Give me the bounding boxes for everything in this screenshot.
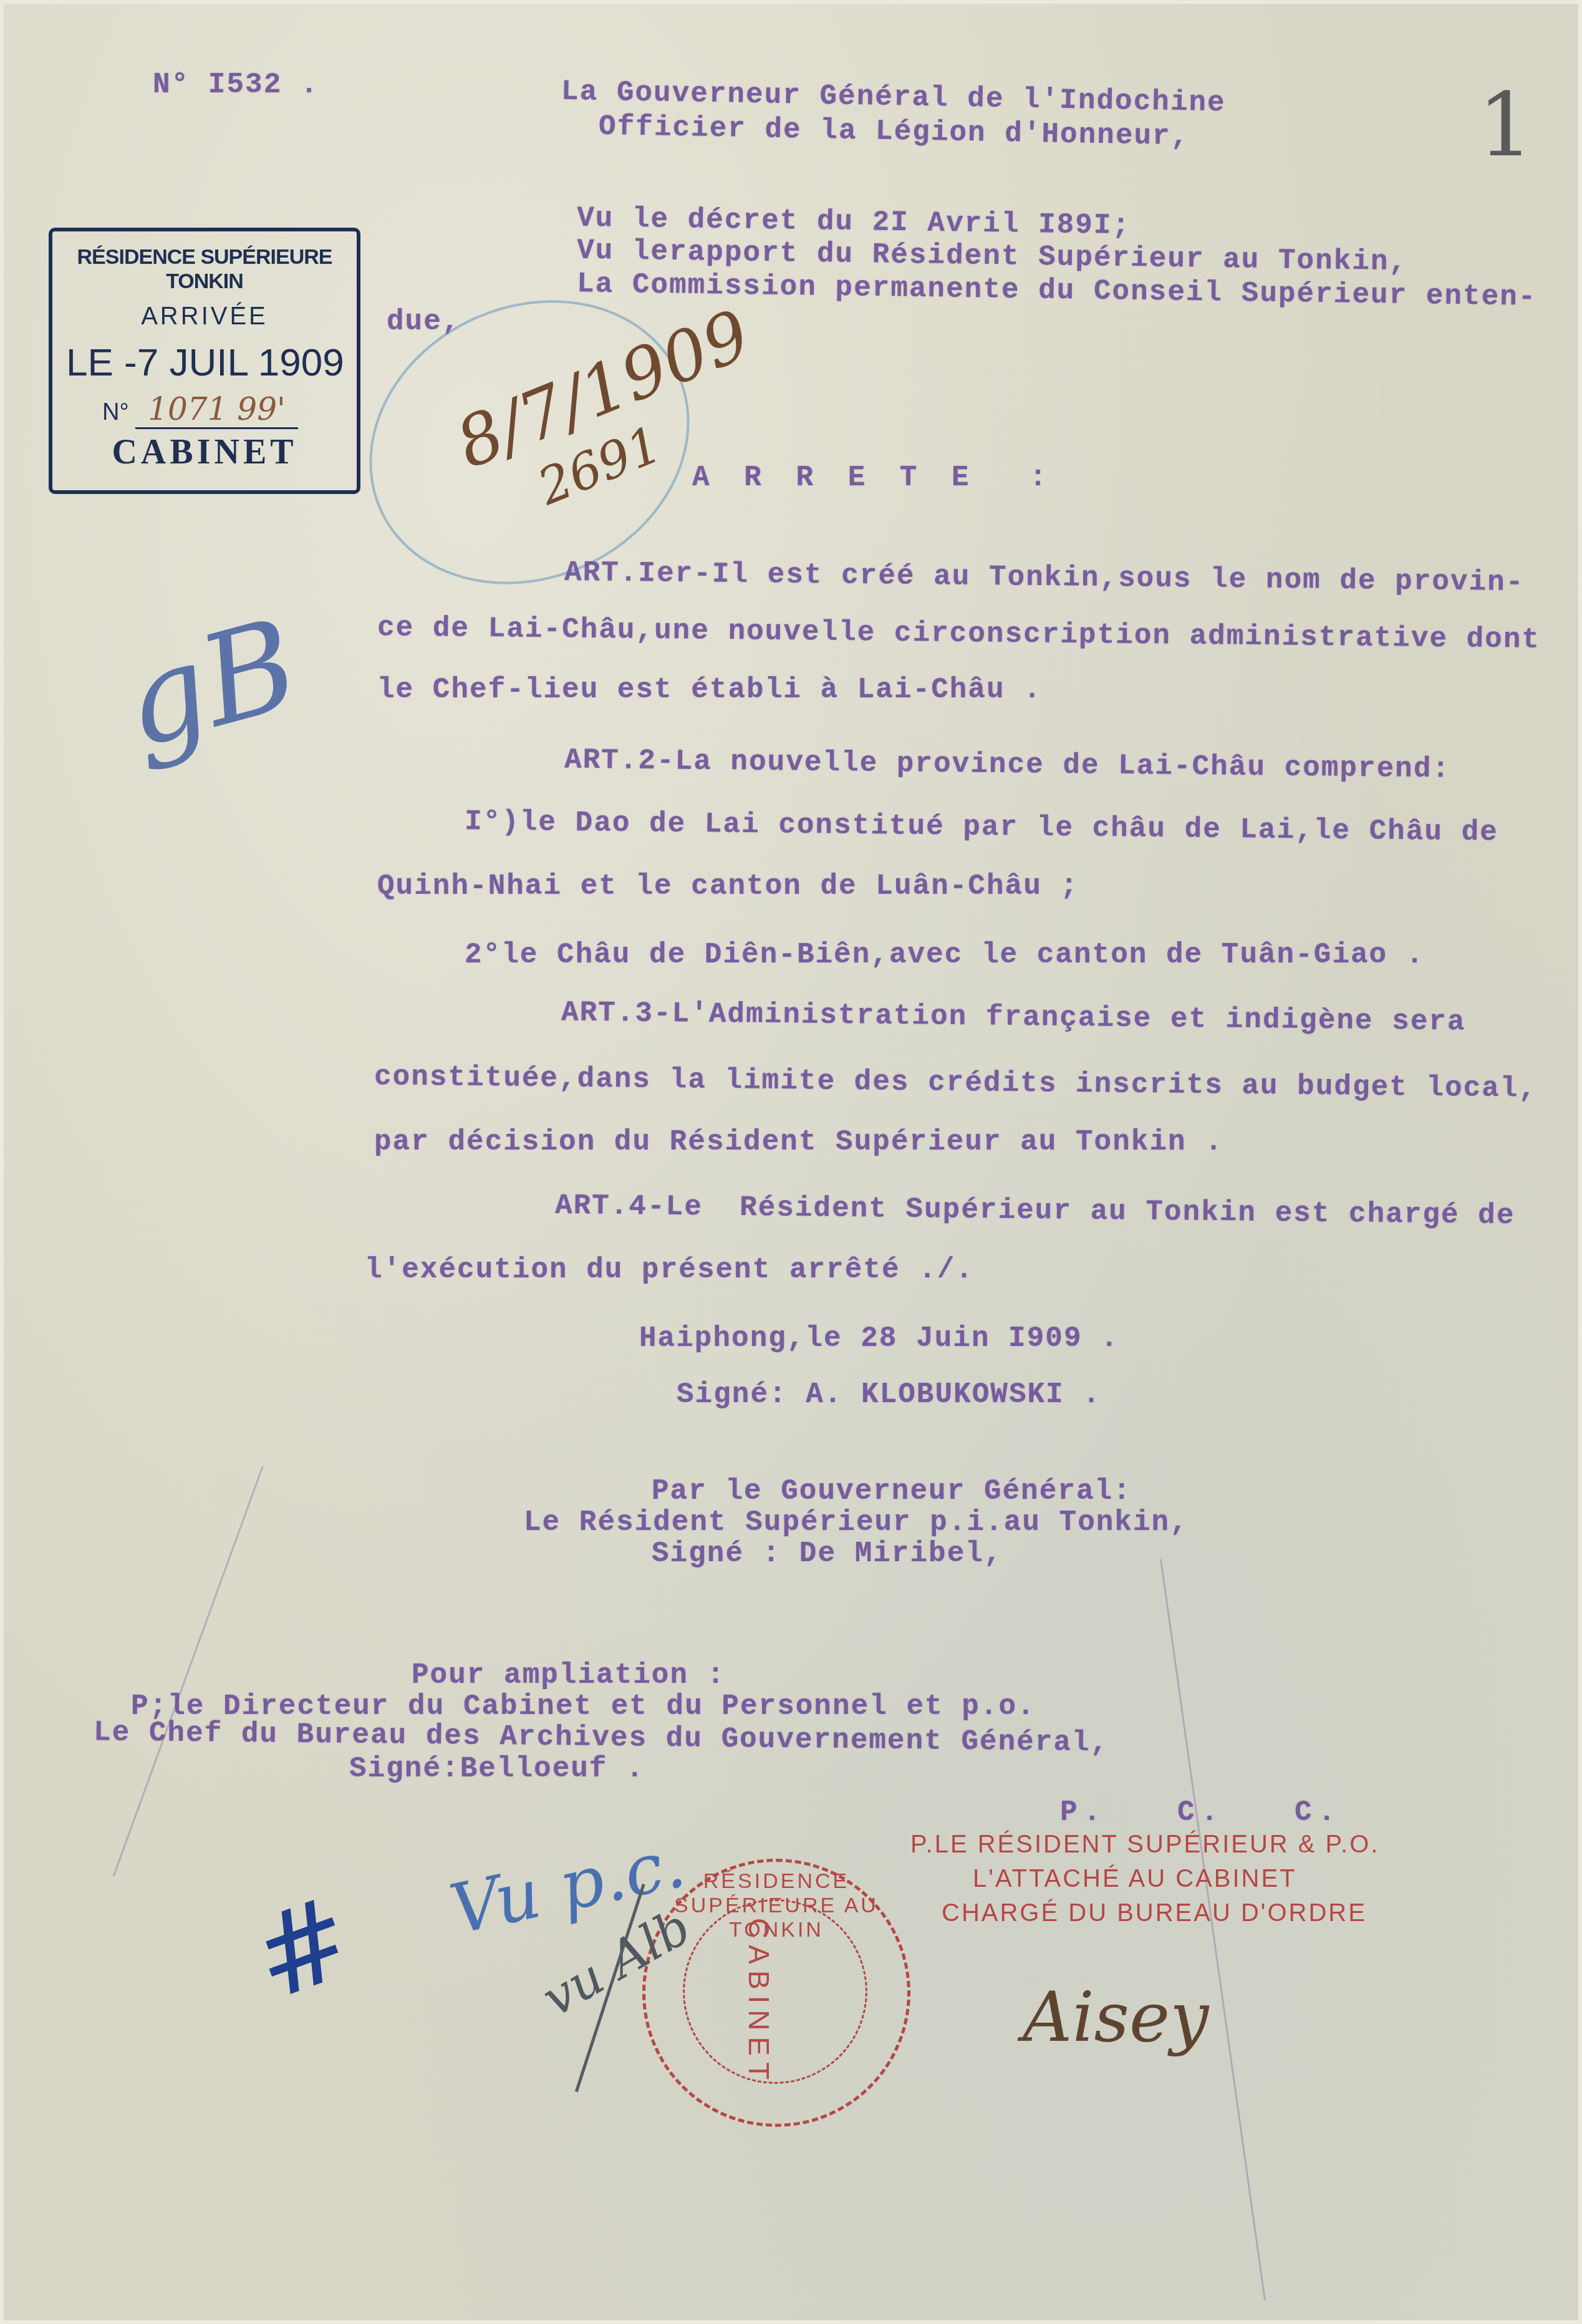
stamp-cabinet: CABINET [52, 432, 357, 472]
article-1-line: le Chef-lieu est établi à Lai-Châu . [377, 674, 1042, 706]
stamp-number-value: 1071 99' [135, 391, 298, 429]
article-2-line: Quinh-Nhai et le canton de Luân-Châu ; [377, 870, 1079, 903]
article-3-line: constituée,dans la limite des crédits in… [374, 1060, 1538, 1105]
ampliation-line: Signé:Belloeuf . [349, 1753, 645, 1785]
paper-crease [113, 1466, 264, 1877]
pcc-mark: P. C. C. [1060, 1796, 1341, 1829]
article-3-line: par décision du Résident Supérieur au To… [374, 1126, 1223, 1158]
margin-initials: gB [109, 591, 312, 776]
red-stamp-line: CHARGÉ DU BUREAU D'ORDRE [942, 1899, 1367, 1927]
stamp-residence: RÉSIDENCE SUPÉRIEURE TONKIN [52, 245, 357, 294]
article-2-line: I°)le Dao de Lai constitué par le châu d… [465, 805, 1498, 848]
brown-signature: Aisey [1023, 1977, 1208, 2057]
arrete-title: A R R E T E : [692, 462, 1055, 494]
by-gg-line: Le Résident Supérieur p.i.au Tonkin, [524, 1506, 1189, 1539]
article-4-line: l'exécution du présent arrêté ./. [365, 1254, 974, 1286]
article-2-line: ART.2-La nouvelle province de Lai-Châu c… [564, 744, 1450, 786]
article-4-line: ART.4-Le Résident Supérieur au Tonkin es… [555, 1189, 1515, 1232]
arrival-stamp: RÉSIDENCE SUPÉRIEURE TONKIN ARRIVÉE LE -… [49, 228, 360, 494]
page-number-mark: 1 [1478, 75, 1533, 177]
place-date: Haiphong,le 28 Juin I909 . [639, 1322, 1119, 1355]
article-1-line: ART.Ier-Il est créé au Tonkin,sous le no… [564, 556, 1525, 599]
ampliation-line: Pour ampliation : [412, 1659, 725, 1692]
red-stamp-line: L'ATTACHÉ AU CABINET [973, 1865, 1297, 1893]
article-2-line: 2°le Châu de Diên-Biên,avec le canton de… [465, 939, 1424, 971]
article-3-line: ART.3-L'Administration française et indi… [561, 996, 1466, 1038]
document-number: N° I532 . [153, 69, 319, 101]
round-stamp-center-text: CABINET [742, 1918, 776, 2086]
stamp-arrivee: ARRIVÉE [52, 303, 357, 331]
by-gg-line: Par le Gouverneur Général: [652, 1475, 1132, 1508]
stamp-number: N° 1071 99' [52, 391, 357, 427]
stamp-number-label: N° [102, 399, 129, 425]
article-1-line: ce de Lai-Châu,une nouvelle circonscript… [377, 611, 1541, 656]
signed-governor: Signé: A. KLOBUKOWSKI . [677, 1378, 1101, 1411]
paper-crease [1160, 1559, 1266, 2301]
blue-scribble: # [236, 1872, 369, 2026]
by-gg-line: Signé : De Miribel, [652, 1537, 1003, 1570]
red-stamp-line: P.LE RÉSIDENT SUPÉRIEUR & P.O. [910, 1831, 1379, 1859]
stamp-date: LE -7 JUIL 1909 [52, 341, 357, 385]
